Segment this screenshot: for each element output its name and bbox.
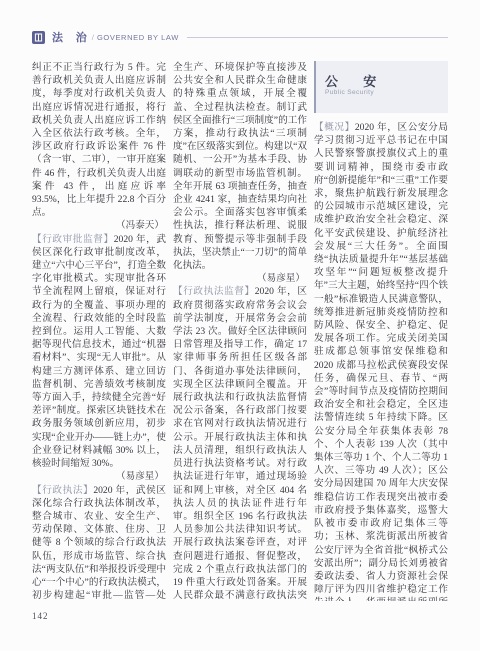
entry-overview: 【概况】2020 年，区公安分局学习贯彻习近平总书记在中国人民警察警旗授旗仪式上… [314,121,448,601]
running-head-title-en: GOVERNED BY LAW [97,33,179,42]
section-title-en: Public Security [325,89,448,97]
column-3: 公 安 Public Security 【概况】2020 年，区公安分局学习贯彻… [314,61,448,601]
running-head-rule [187,37,448,38]
entry-heading: 【行政审批监督】 [32,234,114,245]
seal-icon [32,31,45,44]
column-1: 纠正不正当行政行为 5 件。完善行政机关负责人出庭应诉制度，每季度对行政机关负责… [32,61,166,601]
entry-heading: 【概况】 [314,122,355,133]
entry-text: 2020 年，武侯区深化行政审批制度改革，建立“六中心三平台”，打造全数字化审批… [32,234,166,469]
paragraph-continuation: 全生产、环境保护等直接涉及公共安全和人民群众生命健康的特殊重点领域，开展全覆盖、… [173,61,307,272]
byline: （冯泰天） [32,219,166,232]
running-head-separator: / [92,33,94,42]
entry-admin-approval-supervision: 【行政审批监督】2020 年，武侯区深化行政审批制度改革，建立“六中心三平台”，… [32,233,166,471]
entry-text: 2020 年，区政府贯彻落实政府常务会议会前学法制度，开展常务会会前学法 23 … [173,286,307,601]
column-2: 全生产、环境保护等直接涉及公共安全和人民群众生命健康的特殊重点领域，开展全覆盖、… [173,61,307,601]
byline: （易彦星） [32,470,166,483]
running-head-title-cn: 法 治 [52,29,92,45]
paragraph-continuation: 纠正不正当行政行为 5 件。完善行政机关负责人出庭应诉制度，每季度对行政机关负责… [32,61,166,219]
text-columns: 纠正不正当行政行为 5 件。完善行政机关负责人出庭应诉制度，每季度对行政机关负责… [32,61,448,601]
section-title-cn: 公 安 [325,74,448,89]
entry-heading: 【行政执法监督】 [173,286,255,297]
page-number: 142 [32,611,49,621]
entry-text: 2020 年，武侯区深化综合行政执法体制改革，整合城市、农业、安全生产、劳动保障… [32,485,166,602]
byline: （易彦星） [173,272,307,285]
entry-enforcement-supervision: 【行政执法监督】2020 年，区政府贯彻落实政府常务会议会前学法制度，开展常务会… [173,285,307,601]
entry-text: 2020 年，区公安分局学习贯彻习近平总书记在中国人民警察警旗授旗仪式上的重要训… [314,122,448,601]
section-box-public-security: 公 安 Public Security [314,61,448,113]
entry-heading: 【行政执法】 [32,485,93,496]
book-page: 法 治 / GOVERNED BY LAW 纠正不正当行政行为 5 件。完善行政… [0,0,480,651]
running-head: 法 治 / GOVERNED BY LAW [32,30,448,44]
entry-admin-law-enforcement: 【行政执法】2020 年，武侯区深化综合行政执法体制改革，整合城市、农业、安全生… [32,484,166,602]
